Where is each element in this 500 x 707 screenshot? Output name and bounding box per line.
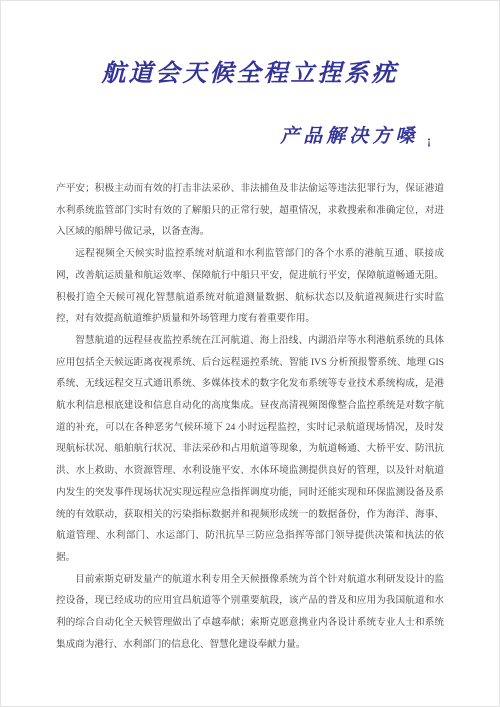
document-page: 航道会天候全程立捏系疣 产品解决方嗓 ¡ 产平安；积极主动而有效的打击非法采砂、… [0, 0, 500, 707]
document-subtitle: 产品解决方嗓 ¡ [1, 125, 499, 152]
subtitle-trailing-mark: ¡ [427, 133, 431, 147]
document-subtitle-text: 产品解决方嗓 [280, 126, 418, 147]
paragraph: 智慧航道的远程昼夜监控系统在江河航道、海上沿线、内湖沿岸等水利港航系统的具体应用… [56, 330, 444, 569]
paragraph: 远程视频全天候实时监控系统对航道和水利监管部门的各个水系的港航互通、联接成网，改… [56, 243, 444, 330]
document-body: 产平安；积极主动而有效的打击非法采砂、非法捕鱼及非法偷运等违法犯罪行为，保证港道… [56, 178, 444, 655]
document-title: 航道会天候全程立捏系疣 [1, 57, 499, 91]
paragraph: 目前索斯克研发量产的航道水利专用全天候摄像系统为首个针对航道水利研发设计的监控设… [56, 569, 444, 656]
paragraph: 产平安；积极主动而有效的打击非法采砂、非法捕鱼及非法偷运等违法犯罪行为，保证港道… [56, 178, 444, 243]
